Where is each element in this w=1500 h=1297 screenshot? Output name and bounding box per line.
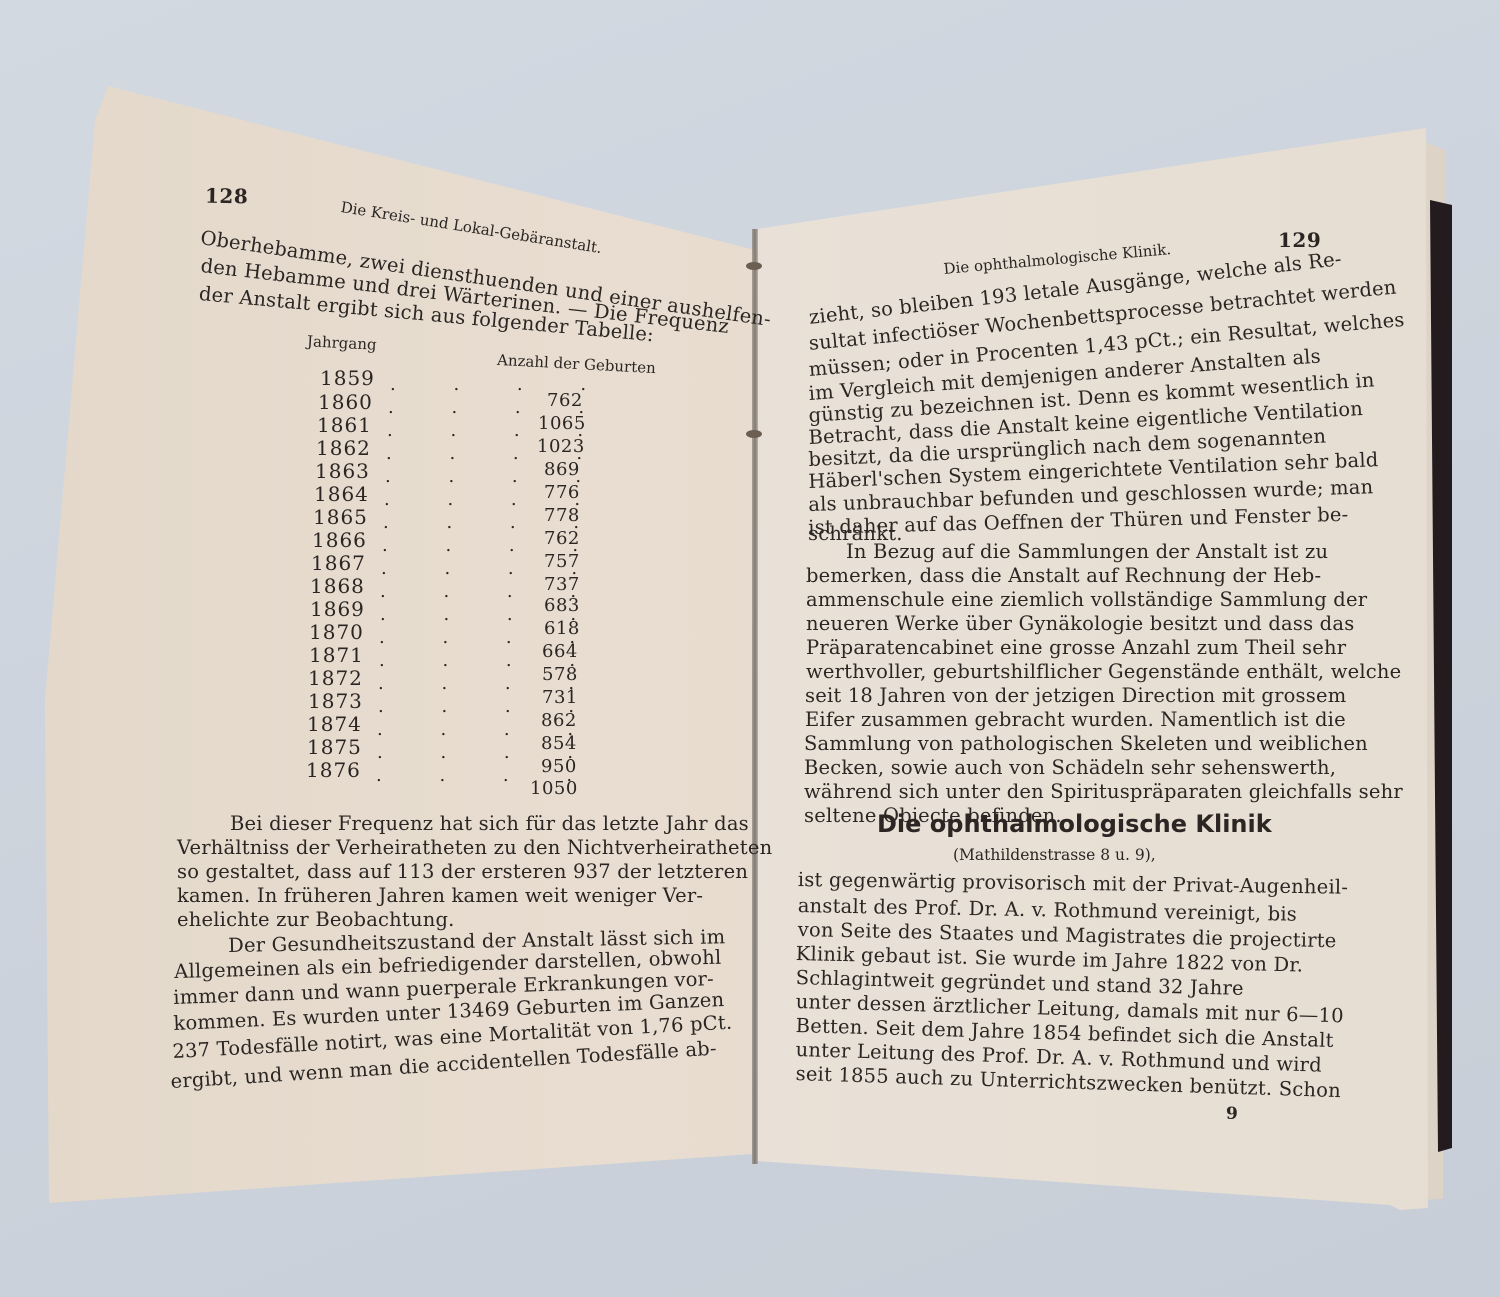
- table-births: 869: [544, 461, 580, 479]
- table-year: 1862: [316, 438, 371, 458]
- text-line: Sammlung von pathologischen Skeleten und…: [804, 734, 1368, 754]
- table-year: 1866: [312, 530, 367, 550]
- text-line: bemerken, dass die Anstalt auf Rechnung …: [806, 566, 1321, 586]
- text-line: so gestaltet, dass auf 113 der ersteren …: [177, 862, 748, 882]
- table-births: 1023: [537, 438, 585, 456]
- text-line: Präparatencabinet eine grosse Anzahl zum…: [806, 638, 1346, 658]
- table-births: 618: [544, 620, 580, 638]
- table-births: 731: [542, 689, 578, 707]
- text-line: werthvoller, geburtshilflicher Gegenstän…: [806, 662, 1401, 682]
- text-line: Becken, sowie auch von Schädeln sehr seh…: [804, 758, 1336, 778]
- table-year: 1861: [317, 415, 372, 435]
- signature-mark: 9: [1226, 1106, 1238, 1123]
- table-year: 1860: [318, 392, 373, 412]
- text-line: während sich unter den Spirituspräparate…: [804, 782, 1403, 802]
- table-year: 1859: [320, 368, 375, 388]
- book-gutter: [752, 229, 758, 1164]
- table-header-year: Jahrgang: [307, 334, 377, 353]
- table-births: 1050: [530, 780, 578, 798]
- open-book: 128 Die Kreis- und Lokal-Gebäranstalt. O…: [0, 0, 1500, 1297]
- text-line: seit 18 Jahren von der jetzigen Directio…: [805, 686, 1346, 706]
- table-births: 762: [544, 530, 580, 548]
- table-births: 757: [544, 553, 580, 571]
- section-address: (Mathildenstrasse 8 u. 9),: [953, 848, 1156, 864]
- table-year: 1876: [306, 760, 361, 780]
- table-births: 683: [544, 597, 580, 615]
- table-births: 578: [542, 666, 578, 684]
- table-year: 1868: [310, 576, 365, 596]
- text-line: Bei dieser Frequenz hat sich für das let…: [230, 814, 749, 834]
- page-number: 128: [205, 186, 249, 207]
- table-year: 1863: [315, 461, 370, 481]
- table-births: 950: [541, 758, 577, 776]
- table-births: 854: [541, 735, 577, 753]
- text-line: kamen. In früheren Jahren kamen weit wen…: [177, 886, 703, 906]
- table-births: 664: [542, 643, 578, 661]
- page-number: 129: [1278, 230, 1321, 250]
- binding-stitch: [746, 430, 762, 438]
- text-line: Verhältniss der Verheiratheten zu den Ni…: [177, 838, 772, 858]
- table-births: 737: [544, 576, 580, 594]
- text-line: neueren Werke über Gynäkologie besitzt u…: [806, 614, 1354, 634]
- table-year: 1875: [307, 737, 362, 757]
- table-births: 1065: [538, 415, 586, 433]
- table-births: 862: [541, 712, 577, 730]
- table-year: 1873: [308, 691, 363, 711]
- text-line: Eifer zusammen gebracht wurden. Namentli…: [805, 710, 1346, 730]
- text-line: In Bezug auf die Sammlungen der Anstalt …: [846, 542, 1328, 562]
- table-year: 1864: [314, 484, 369, 504]
- table-year: 1867: [311, 553, 366, 573]
- table-year: 1865: [313, 507, 368, 527]
- table-births: 762: [547, 392, 583, 410]
- table-births: 778: [544, 507, 580, 525]
- section-title: Die ophthalmologische Klinik: [877, 812, 1272, 836]
- table-births: 776: [544, 484, 580, 502]
- table-year: 1870: [309, 622, 364, 642]
- text-line: ammenschule eine ziemlich vollständige S…: [806, 590, 1367, 610]
- text-line: ehelichte zur Beobachtung.: [177, 910, 455, 930]
- table-year: 1874: [307, 714, 362, 734]
- table-year: 1869: [310, 599, 365, 619]
- table-year: 1871: [309, 645, 364, 665]
- binding-stitch: [746, 262, 762, 270]
- table-year: 1872: [308, 668, 363, 688]
